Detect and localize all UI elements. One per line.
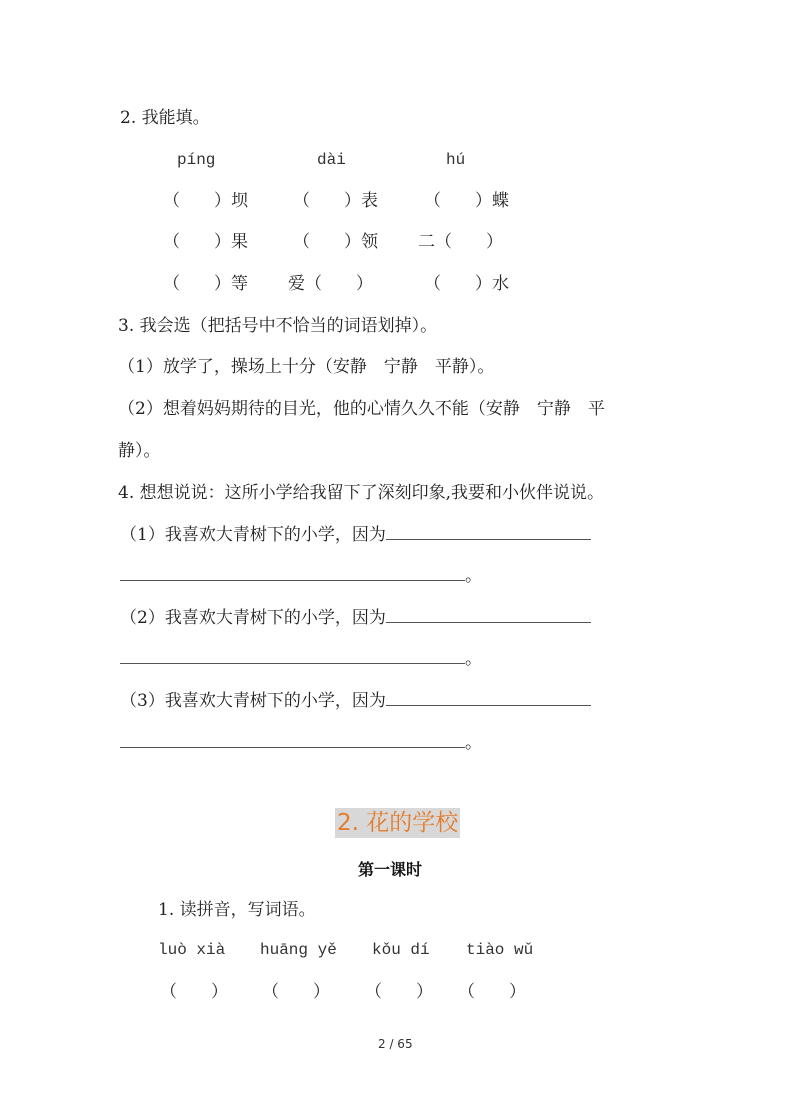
q2-pinyin-1: píng bbox=[177, 150, 215, 170]
q4-heading: 4. 想想说说：这所小学给我留下了深刻印象,我要和小伙伴说说。 bbox=[118, 482, 604, 504]
period: 。 bbox=[465, 649, 482, 669]
q4-item-3-answer-line-2[interactable] bbox=[120, 731, 465, 748]
q3-item-2-line2: 静）。 bbox=[118, 440, 161, 462]
q4-item-2-answer-line-2[interactable] bbox=[120, 647, 465, 664]
q2-heading: 2. 我能填。 bbox=[120, 107, 210, 129]
q4-item-3-answer-line[interactable] bbox=[386, 689, 591, 706]
lesson-title: 2. 花的学校 bbox=[335, 808, 460, 838]
q2-blank-r3c3[interactable]: （ ）水 bbox=[424, 273, 509, 295]
q1-pinyin-3: kǒu dí bbox=[372, 940, 430, 960]
q1-answer-1[interactable]: （ ） bbox=[160, 981, 228, 1003]
q2-blank-r3c1[interactable]: （ ）等 bbox=[163, 273, 248, 295]
q4-item-3-prompt: （3）我喜欢大青树下的小学，因为 bbox=[120, 691, 386, 711]
q4-item-1: （1）我喜欢大青树下的小学，因为 bbox=[120, 523, 591, 546]
q2-blank-r1c3[interactable]: （ ）蝶 bbox=[424, 190, 509, 212]
q2-pinyin-3: hú bbox=[446, 150, 465, 170]
lesson-subtitle: 第一课时 bbox=[358, 857, 422, 880]
q2-blank-r1c2[interactable]: （ ）表 bbox=[293, 190, 378, 212]
q1-answer-4[interactable]: （ ） bbox=[458, 981, 526, 1003]
q2-blank-r3c2[interactable]: 爱（ ） bbox=[288, 273, 373, 295]
q2-pinyin-2: dài bbox=[317, 150, 346, 170]
period: 。 bbox=[465, 566, 482, 586]
q4-item-2-continuation: 。 bbox=[120, 647, 482, 670]
q2-blank-r1c1[interactable]: （ ）坝 bbox=[163, 190, 248, 212]
q3-heading: 3. 我会选（把括号中不恰当的词语划掉）。 bbox=[118, 315, 437, 337]
q2-blank-r2c2[interactable]: （ ）领 bbox=[293, 231, 378, 253]
q4-item-1-continuation: 。 bbox=[120, 564, 482, 587]
q3-item-2-line1: （2）想着妈妈期待的目光，他的心情久久不能（安静 宁静 平 bbox=[118, 398, 605, 420]
q4-item-2-answer-line[interactable] bbox=[386, 606, 591, 623]
q1-pinyin-1: luò xià bbox=[158, 940, 225, 960]
period: 。 bbox=[465, 733, 482, 753]
q4-item-2: （2）我喜欢大青树下的小学，因为 bbox=[120, 606, 591, 629]
q1-answer-2[interactable]: （ ） bbox=[262, 981, 330, 1003]
q4-item-1-answer-line[interactable] bbox=[386, 523, 591, 540]
q4-item-2-prompt: （2）我喜欢大青树下的小学，因为 bbox=[120, 608, 386, 628]
q1-pinyin-4: tiào wǔ bbox=[466, 940, 533, 960]
q2-blank-r2c3[interactable]: 二（ ） bbox=[418, 231, 503, 253]
q1-pinyin-2: huāng yě bbox=[260, 940, 337, 960]
q3-item-1: （1）放学了，操场上十分（安静 宁静 平静）。 bbox=[118, 356, 494, 378]
q4-item-1-answer-line-2[interactable] bbox=[120, 564, 465, 581]
q4-item-3-continuation: 。 bbox=[120, 731, 482, 754]
q1-heading: 1. 读拼音，写词语。 bbox=[158, 899, 316, 921]
q4-item-1-prompt: （1）我喜欢大青树下的小学，因为 bbox=[120, 525, 386, 545]
q4-item-3: （3）我喜欢大青树下的小学，因为 bbox=[120, 689, 591, 712]
page-indicator: 2 / 65 bbox=[378, 1037, 413, 1051]
q2-blank-r2c1[interactable]: （ ）果 bbox=[163, 231, 248, 253]
q1-answer-3[interactable]: （ ） bbox=[365, 981, 433, 1003]
